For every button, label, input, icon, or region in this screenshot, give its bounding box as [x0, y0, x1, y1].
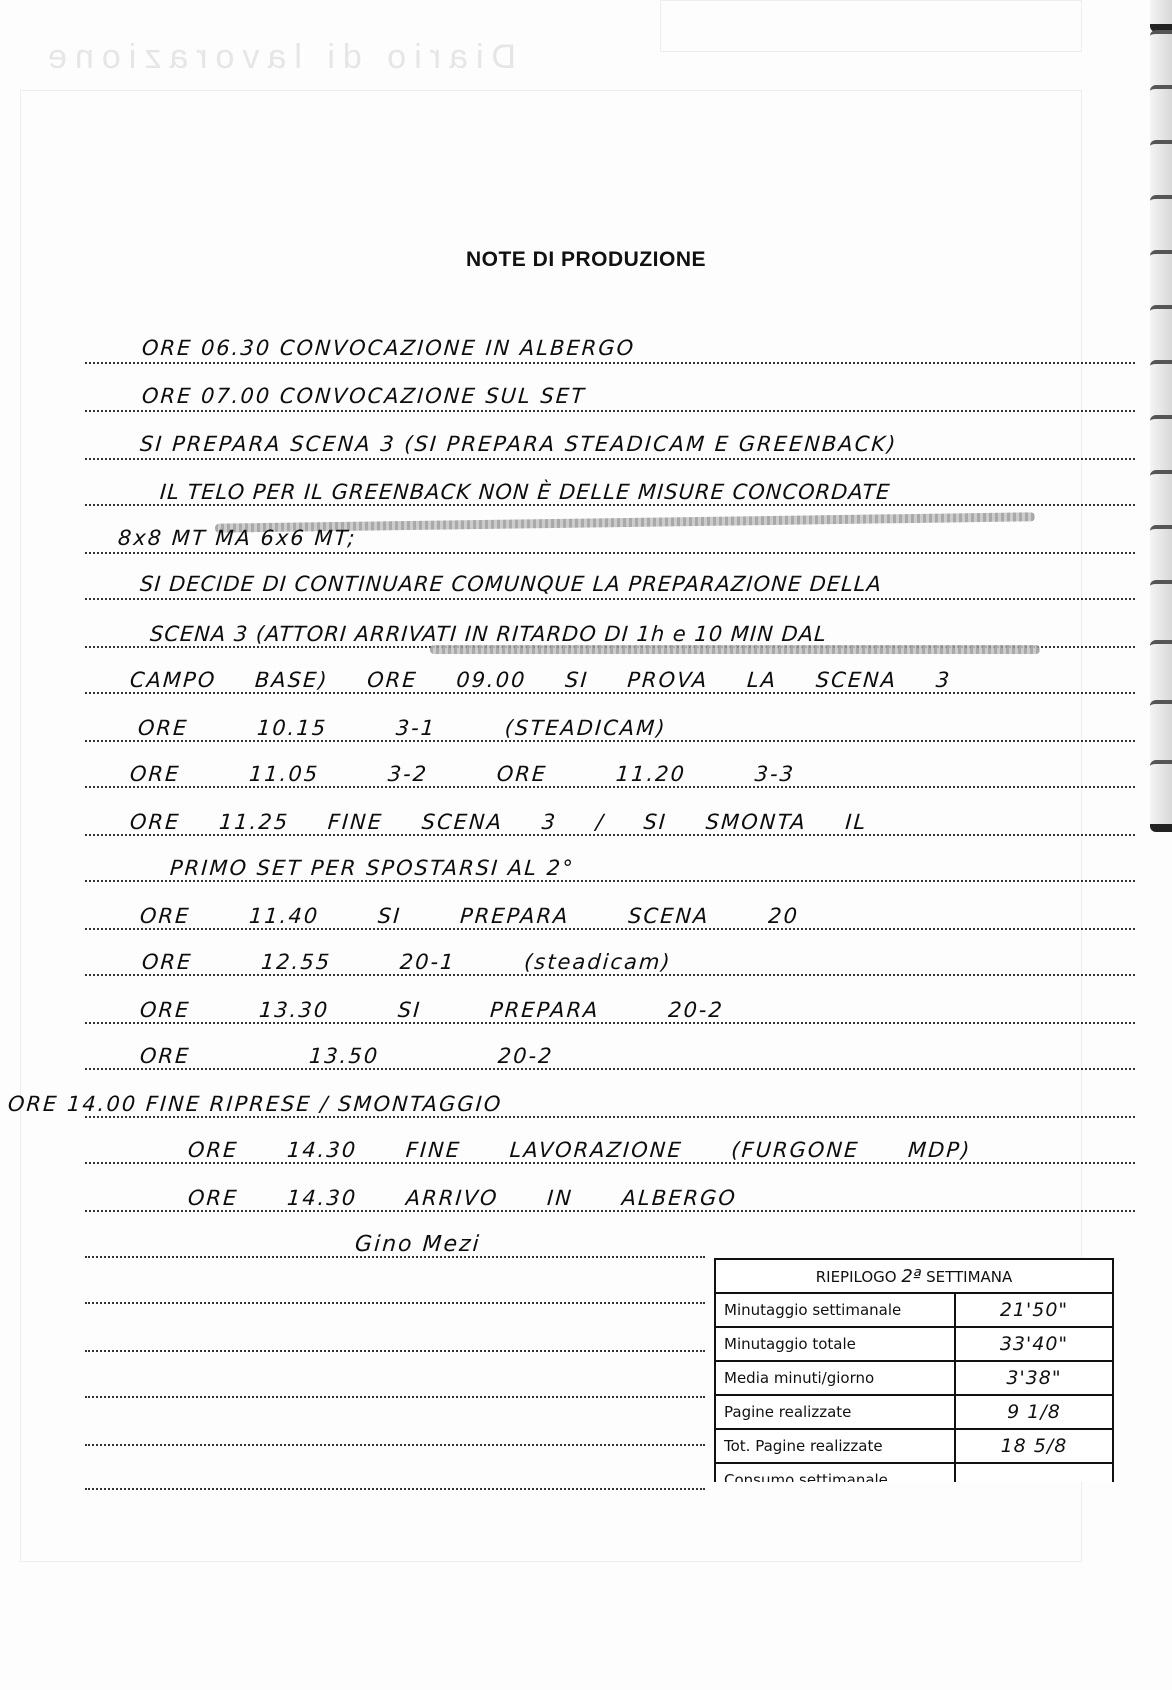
summary-value: 18 5/8	[955, 1429, 1113, 1463]
highlight-mark	[430, 645, 1040, 654]
show-through-box	[660, 0, 1082, 52]
note-line: ORE 11.05 3-2 ORE 11.20 3-3	[129, 762, 796, 786]
note-line: IL TELO PER IL GREENBACK NON È DELLE MIS…	[159, 480, 891, 504]
note-line: 8x8 MT MA 6x6 MT;	[117, 526, 357, 550]
note-line: CAMPO BASE) ORE 09.00 SI PROVA LA SCENA …	[129, 668, 952, 692]
note-line: SCENA 3 (ATTORI ARRIVATI IN RITARDO DI 1…	[149, 622, 828, 646]
summary-value: 9 1/8	[955, 1395, 1113, 1429]
summary-box: RIEPILOGO 2ª SETTIMANA Minutaggio settim…	[712, 1256, 1118, 1482]
note-line: ORE 10.15 3-1 (STEADICAM)	[137, 716, 667, 740]
summary-label: Consumo settimanale	[715, 1463, 955, 1482]
summary-value	[955, 1463, 1113, 1482]
summary-table: RIEPILOGO 2ª SETTIMANA Minutaggio settim…	[714, 1258, 1114, 1482]
note-line: ORE 13.30 SI PREPARA 20-2	[139, 998, 725, 1022]
note-line: ORE 14.30 FINE LAVORAZIONE (FURGONE MDP)	[187, 1138, 972, 1162]
summary-row: Media minuti/giorno 3'38"	[715, 1361, 1113, 1395]
note-line: ORE 13.50 20-2	[139, 1044, 554, 1068]
summary-heading: RIEPILOGO 2ª SETTIMANA	[715, 1259, 1113, 1293]
note-line: ORE 07.00 CONVOCAZIONE SUL SET	[141, 384, 587, 408]
note-line: SI PREPARA SCENA 3 (SI PREPARA STEADICAM…	[139, 432, 898, 456]
summary-label: Pagine realizzate	[715, 1395, 955, 1429]
summary-value: 33'40"	[955, 1327, 1113, 1361]
note-line: ORE 14.30 ARRIVO IN ALBERGO	[187, 1186, 738, 1210]
note-line: ORE 12.55 20-1 (steadicam)	[141, 950, 672, 974]
summary-label: Media minuti/giorno	[715, 1361, 955, 1395]
note-line: SI DECIDE DI CONTINUARE COMUNQUE LA PREP…	[139, 572, 883, 596]
note-line: ORE 14.00 FINE RIPRESE / SMONTAGGIO	[7, 1092, 503, 1116]
week-number: 2ª	[901, 1266, 921, 1287]
note-line: ORE 11.25 FINE SCENA 3 / SI SMONTA IL	[129, 810, 868, 834]
show-through-title: Diario di lavorazione	[40, 38, 516, 77]
page-title: NOTE DI PRODUZIONE	[0, 248, 1172, 272]
summary-row: Minutaggio totale 33'40"	[715, 1327, 1113, 1361]
summary-label: Minutaggio totale	[715, 1327, 955, 1361]
note-line: PRIMO SET PER SPOSTARSI AL 2°	[169, 856, 575, 880]
summary-value: 3'38"	[955, 1361, 1113, 1395]
summary-row: Minutaggio settimanale 21'50"	[715, 1293, 1113, 1327]
summary-value: 21'50"	[955, 1293, 1113, 1327]
note-line: ORE 06.30 CONVOCAZIONE IN ALBERGO	[141, 336, 636, 360]
summary-label: Minutaggio settimanale	[715, 1293, 955, 1327]
signature: Gino Mezi	[354, 1232, 481, 1257]
summary-row: Pagine realizzate 9 1/8	[715, 1395, 1113, 1429]
summary-row: Consumo settimanale	[715, 1463, 1113, 1482]
summary-row: Tot. Pagine realizzate 18 5/8	[715, 1429, 1113, 1463]
summary-label: Tot. Pagine realizzate	[715, 1429, 955, 1463]
note-line: ORE 11.40 SI PREPARA SCENA 20	[139, 904, 800, 928]
